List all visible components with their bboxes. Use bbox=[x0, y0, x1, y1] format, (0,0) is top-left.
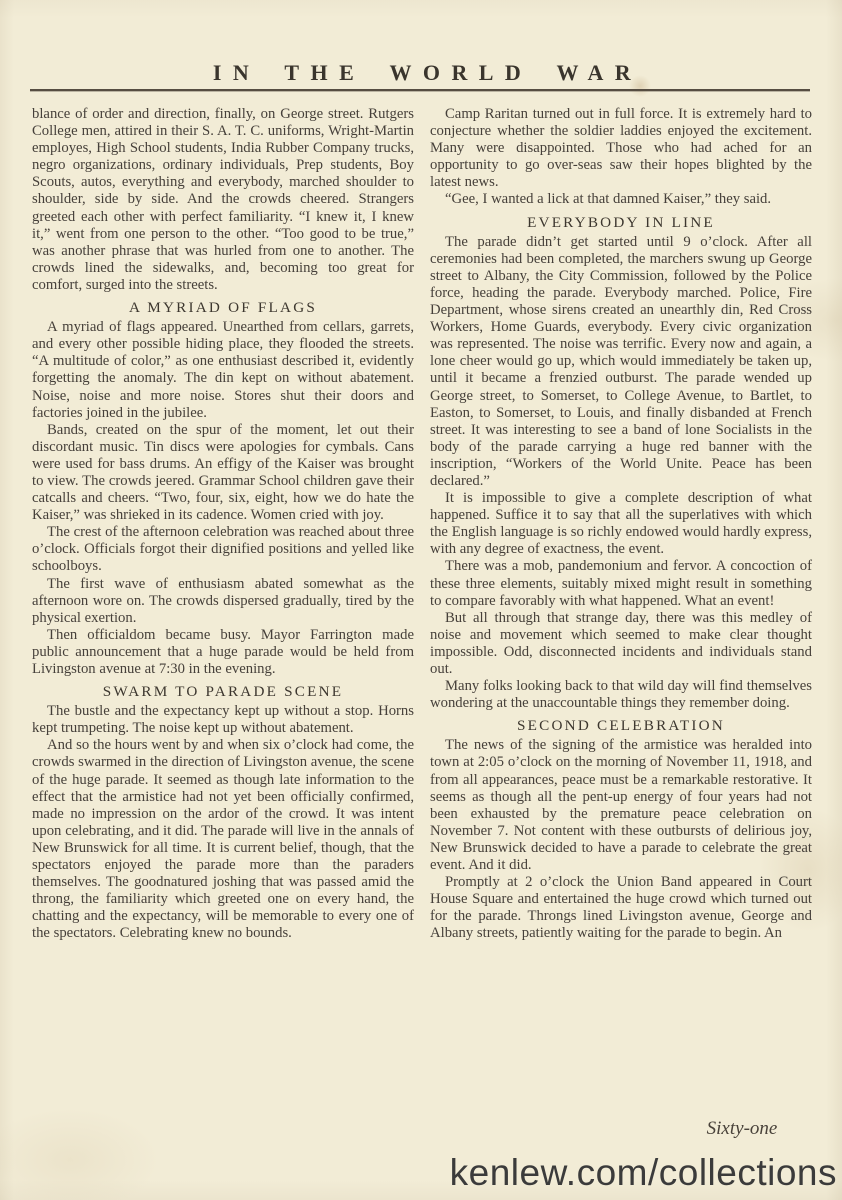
paragraph: blance of order and direction, finally, … bbox=[32, 106, 414, 294]
section-heading: SWARM TO PARADE SCENE bbox=[32, 683, 414, 700]
paragraph: Camp Raritan turned out in full force. I… bbox=[430, 106, 812, 191]
paragraph: Then officialdom became busy. Mayor Farr… bbox=[32, 627, 414, 678]
paragraph: Bands, created on the spur of the moment… bbox=[32, 422, 414, 525]
two-column-text-body: blance of order and direction, finally, … bbox=[32, 106, 812, 943]
paragraph: The news of the signing of the armistice… bbox=[430, 737, 812, 874]
paragraph: It is impossible to give a complete desc… bbox=[430, 490, 812, 558]
title-rule bbox=[30, 89, 810, 92]
section-heading: EVERYBODY IN LINE bbox=[430, 214, 812, 231]
paragraph: Promptly at 2 o’clock the Union Band app… bbox=[430, 874, 812, 942]
section-heading: A MYRIAD OF FLAGS bbox=[32, 299, 414, 316]
paragraph: The crest of the afternoon celebration w… bbox=[32, 524, 414, 575]
paragraph: A myriad of flags appeared. Unearthed fr… bbox=[32, 319, 414, 422]
paragraph: The first wave of enthusiasm abated some… bbox=[32, 576, 414, 627]
scanned-book-page: IN THE WORLD WAR blance of order and dir… bbox=[0, 0, 842, 1200]
page-title: IN THE WORLD WAR bbox=[32, 60, 812, 86]
watermark: kenlew.com/collections bbox=[450, 1152, 837, 1194]
paragraph: But all through that strange day, there … bbox=[430, 610, 812, 678]
paragraph: The parade didn’t get started until 9 o’… bbox=[430, 234, 812, 490]
paragraph: Many folks looking back to that wild day… bbox=[430, 678, 812, 712]
paragraph: “Gee, I wanted a lick at that damned Kai… bbox=[430, 191, 812, 208]
paragraph: There was a mob, pandemonium and fervor.… bbox=[430, 558, 812, 609]
page-number: Sixty-one bbox=[672, 1118, 812, 1140]
paragraph: And so the hours went by and when six o’… bbox=[32, 737, 414, 942]
paragraph: The bustle and the expectancy kept up wi… bbox=[32, 703, 414, 737]
masthead: IN THE WORLD WAR bbox=[32, 60, 812, 86]
section-heading: SECOND CELEBRATION bbox=[430, 717, 812, 734]
right-column: Camp Raritan turned out in full force. I… bbox=[430, 106, 812, 943]
left-column: blance of order and direction, finally, … bbox=[32, 106, 414, 943]
